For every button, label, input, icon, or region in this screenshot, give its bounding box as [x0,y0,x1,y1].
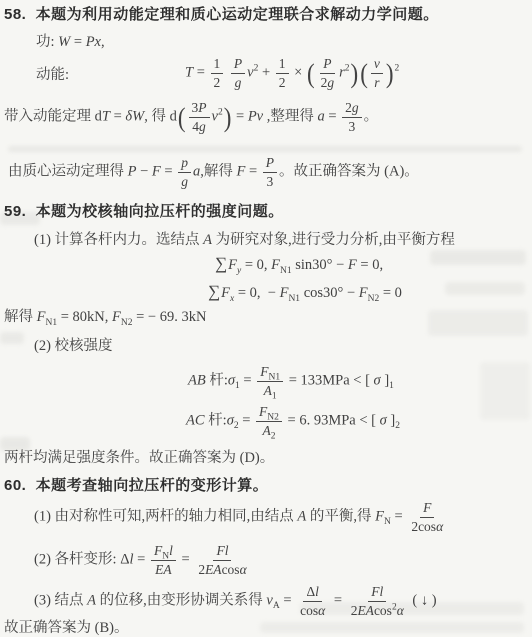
q59-conclusion-line: 两杆均满足强度条件。故正确答案为 (D)。 [4,449,274,468]
scan-artifact [260,622,524,633]
scan-artifact [0,332,24,344]
q59-ac-bar-line: AC 杆:σ2 = FN2A2 = 6. 93MPa < [ σ ]2 [186,404,400,438]
q58-kinetic-label: 动能: [36,66,69,85]
scan-artifact [445,282,525,295]
q59-step2-line: (2) 校核强度 [34,337,113,356]
q59-heading: 59. 本题为校核轴向拉压杆的强度问题。 [4,202,284,222]
q59-equation-y: ∑Fy = 0, FN1 sin30° − F = 0, [215,253,383,275]
scan-artifact [480,362,530,420]
q59-equation-x: ∑Fx = 0, − FN1 cos30° − FN2 = 0 [208,281,402,303]
q59-ab-bar-line: AB 杆:σ1 = FN1A1 = 133MPa < [ σ ]1 [188,364,394,398]
q58-work-line: 功: W = Px, [36,33,105,52]
q60-step3-line: (3) 结点 A 的位移,由变形协调关系得 vA = Δlcosα = Fl2E… [34,584,437,618]
q58-kinetic-formula: T = 12 Pgv2 + 12 × (P2gr2)(vr)2 [185,56,399,90]
q58-substitute-line: 带入动能定理 dT = δW, 得 d(3P4gv2) = Pv ,整理得 a … [4,100,378,134]
scan-artifact [430,250,526,265]
q59-solve-line: 解得 FN1 = 80kN, FN2 = − 69. 3kN [4,308,206,327]
q60-heading: 60. 本题考查轴向拉压杆的变形计算。 [4,476,268,496]
scan-artifact [428,310,528,336]
q60-step1-line: (1) 由对称性可知,两杆的轴力相同,由结点 A 的平衡,得 FN = F2co… [34,500,448,534]
q59-step1-line: (1) 计算各杆内力。选结点 A 为研究对象,进行受力分析,由平衡方程 [34,231,455,250]
scan-artifact [8,146,522,152]
q58-heading: 58. 本题为利用动能定理和质心运动定理联合求解动力学问题。 [4,5,439,25]
q58-centroid-line: 由质心运动定理得 P − F = pga,解得 F = P3。故正确答案为 (A… [8,155,419,189]
q60-conclusion-line: 故正确答案为 (B)。 [4,619,128,637]
document-page: 58. 本题为利用动能定理和质心运动定理联合求解动力学问题。 功: W = Px… [0,0,532,637]
q60-step2-line: (2) 各杆变形: Δl = FNlEA = Fl2EAcosα [34,543,252,577]
